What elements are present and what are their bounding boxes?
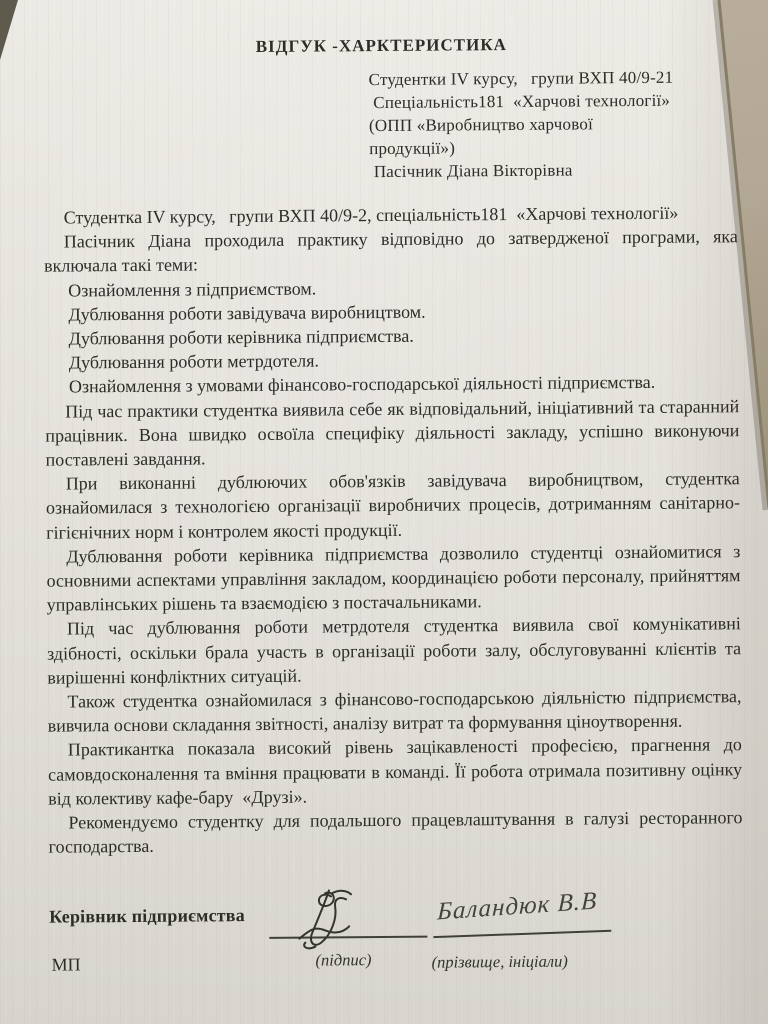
signature-section: Керівник підприємства МП Баландюк В.В (п… (49, 902, 744, 1017)
addressee-block: Студентки IV курсу, групи ВХП 40/9-21 Сп… (369, 65, 738, 183)
document-photo: ВІДГУК -ХАРКТЕРИСТИКА Студентки IV курсу… (0, 0, 768, 1024)
paragraph: Практикантка показала високий рівень зац… (48, 733, 743, 811)
paragraph: Пасічник Діана проходила практику відпов… (44, 224, 738, 278)
document-content: ВІДГУК -ХАРКТЕРИСТИКА Студентки IV курсу… (0, 0, 768, 1024)
signature-caption: (підпис) (287, 950, 399, 971)
signature-role-label: Керівник підприємства (49, 906, 245, 929)
paragraph: Також студентка ознайомилася з фінансово… (47, 684, 741, 738)
stamp-label: МП (51, 955, 80, 976)
name-line (433, 930, 611, 938)
paragraph: Дублювання роботи керівника підприємства… (46, 539, 741, 617)
paragraph: При виконанні дублюючих обов'язків завід… (46, 466, 741, 544)
addressee-line: Пасічник Діана Вікторівна (369, 157, 737, 183)
document-title: ВІДГУК -ХАРКТЕРИСТИКА (42, 31, 720, 60)
paragraph: Під час практики студентка виявила себе … (45, 394, 740, 472)
addressee-line: продукції») (369, 134, 737, 160)
handwritten-name: Баландюк В.В (437, 888, 598, 927)
body-text: Студентка IV курсу, групи ВХП 40/9-2, сп… (44, 200, 743, 859)
document-page: ВІДГУК -ХАРКТЕРИСТИКА Студентки IV курсу… (0, 0, 768, 1024)
name-caption: (прізвище, ініціали) (431, 952, 567, 973)
paragraph: Рекомендуємо студентку для подальшого пр… (48, 805, 742, 859)
addressee-line: Спеціальність181 «Харчові технології» (369, 88, 737, 114)
addressee-line: (ОПП «Виробництво харчової (369, 111, 737, 137)
paragraph: Під час дублювання роботи метрдотеля сту… (47, 612, 742, 690)
handwritten-signature-icon (285, 887, 374, 958)
addressee-line: Студентки IV курсу, групи ВХП 40/9-21 (369, 65, 737, 91)
